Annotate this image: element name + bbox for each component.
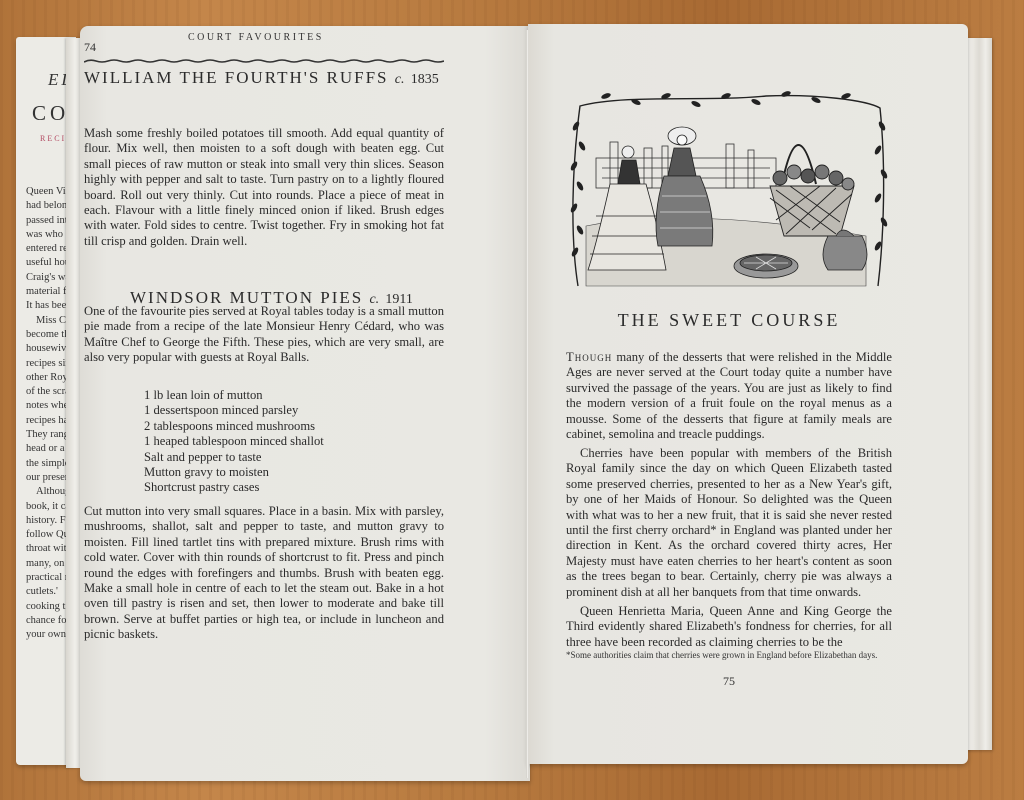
recipe-year: 1835 bbox=[411, 72, 439, 87]
ingredient-item: 1 lb lean loin of mutton bbox=[144, 388, 324, 403]
cherries-paragraph: Cherries have been popular with members … bbox=[566, 446, 892, 600]
footnote: *Some authorities claim that cherries we… bbox=[566, 650, 892, 661]
ingredient-item: Salt and pepper to taste bbox=[144, 450, 324, 465]
ingredient-item: Shortcrust pastry cases bbox=[144, 480, 324, 495]
chapter-title: THE SWEET COURSE bbox=[566, 310, 892, 331]
ingredient-item: 2 tablespoons minced mushrooms bbox=[144, 419, 324, 434]
drop-lead-word: Though bbox=[566, 350, 612, 364]
wavy-rule-ornament bbox=[84, 58, 444, 64]
page-number-left: 74 bbox=[84, 40, 96, 55]
recipe-intro-mutton-pies: One of the favourite pies served at Roya… bbox=[84, 304, 444, 366]
ingredient-item: Mutton gravy to moisten bbox=[144, 465, 324, 480]
ingredient-item: 1 dessertspoon minced parsley bbox=[144, 403, 324, 418]
ingredient-item: 1 heaped tablespoon minced shallot bbox=[144, 434, 324, 449]
henrietta-maria-paragraph: Queen Henrietta Maria, Queen Anne and Ki… bbox=[566, 604, 892, 650]
recipe-title-ruffs: WILLIAM THE FOURTH'S RUFFS c. 1835 bbox=[84, 68, 439, 88]
recipe-method-ruffs: Mash some freshly boiled potatoes till s… bbox=[84, 126, 444, 249]
ingredient-list: 1 lb lean loin of mutton 1 dessertspoon … bbox=[144, 388, 324, 496]
engraving-illustration-icon bbox=[566, 86, 892, 298]
book-gutter bbox=[526, 30, 529, 778]
circa-label: c. bbox=[395, 72, 405, 87]
running-head: COURT FAVOURITES bbox=[188, 32, 324, 43]
recipe-method-mutton-pies: Cut mutton into very small squares. Plac… bbox=[84, 504, 444, 643]
sweet-course-intro-paragraph: Though many of the desserts that were re… bbox=[566, 350, 892, 442]
page-number-right: 75 bbox=[566, 674, 892, 689]
recipe-title-text: WILLIAM THE FOURTH'S RUFFS bbox=[84, 68, 389, 87]
paragraph-text: many of the desserts that were relished … bbox=[566, 350, 892, 441]
